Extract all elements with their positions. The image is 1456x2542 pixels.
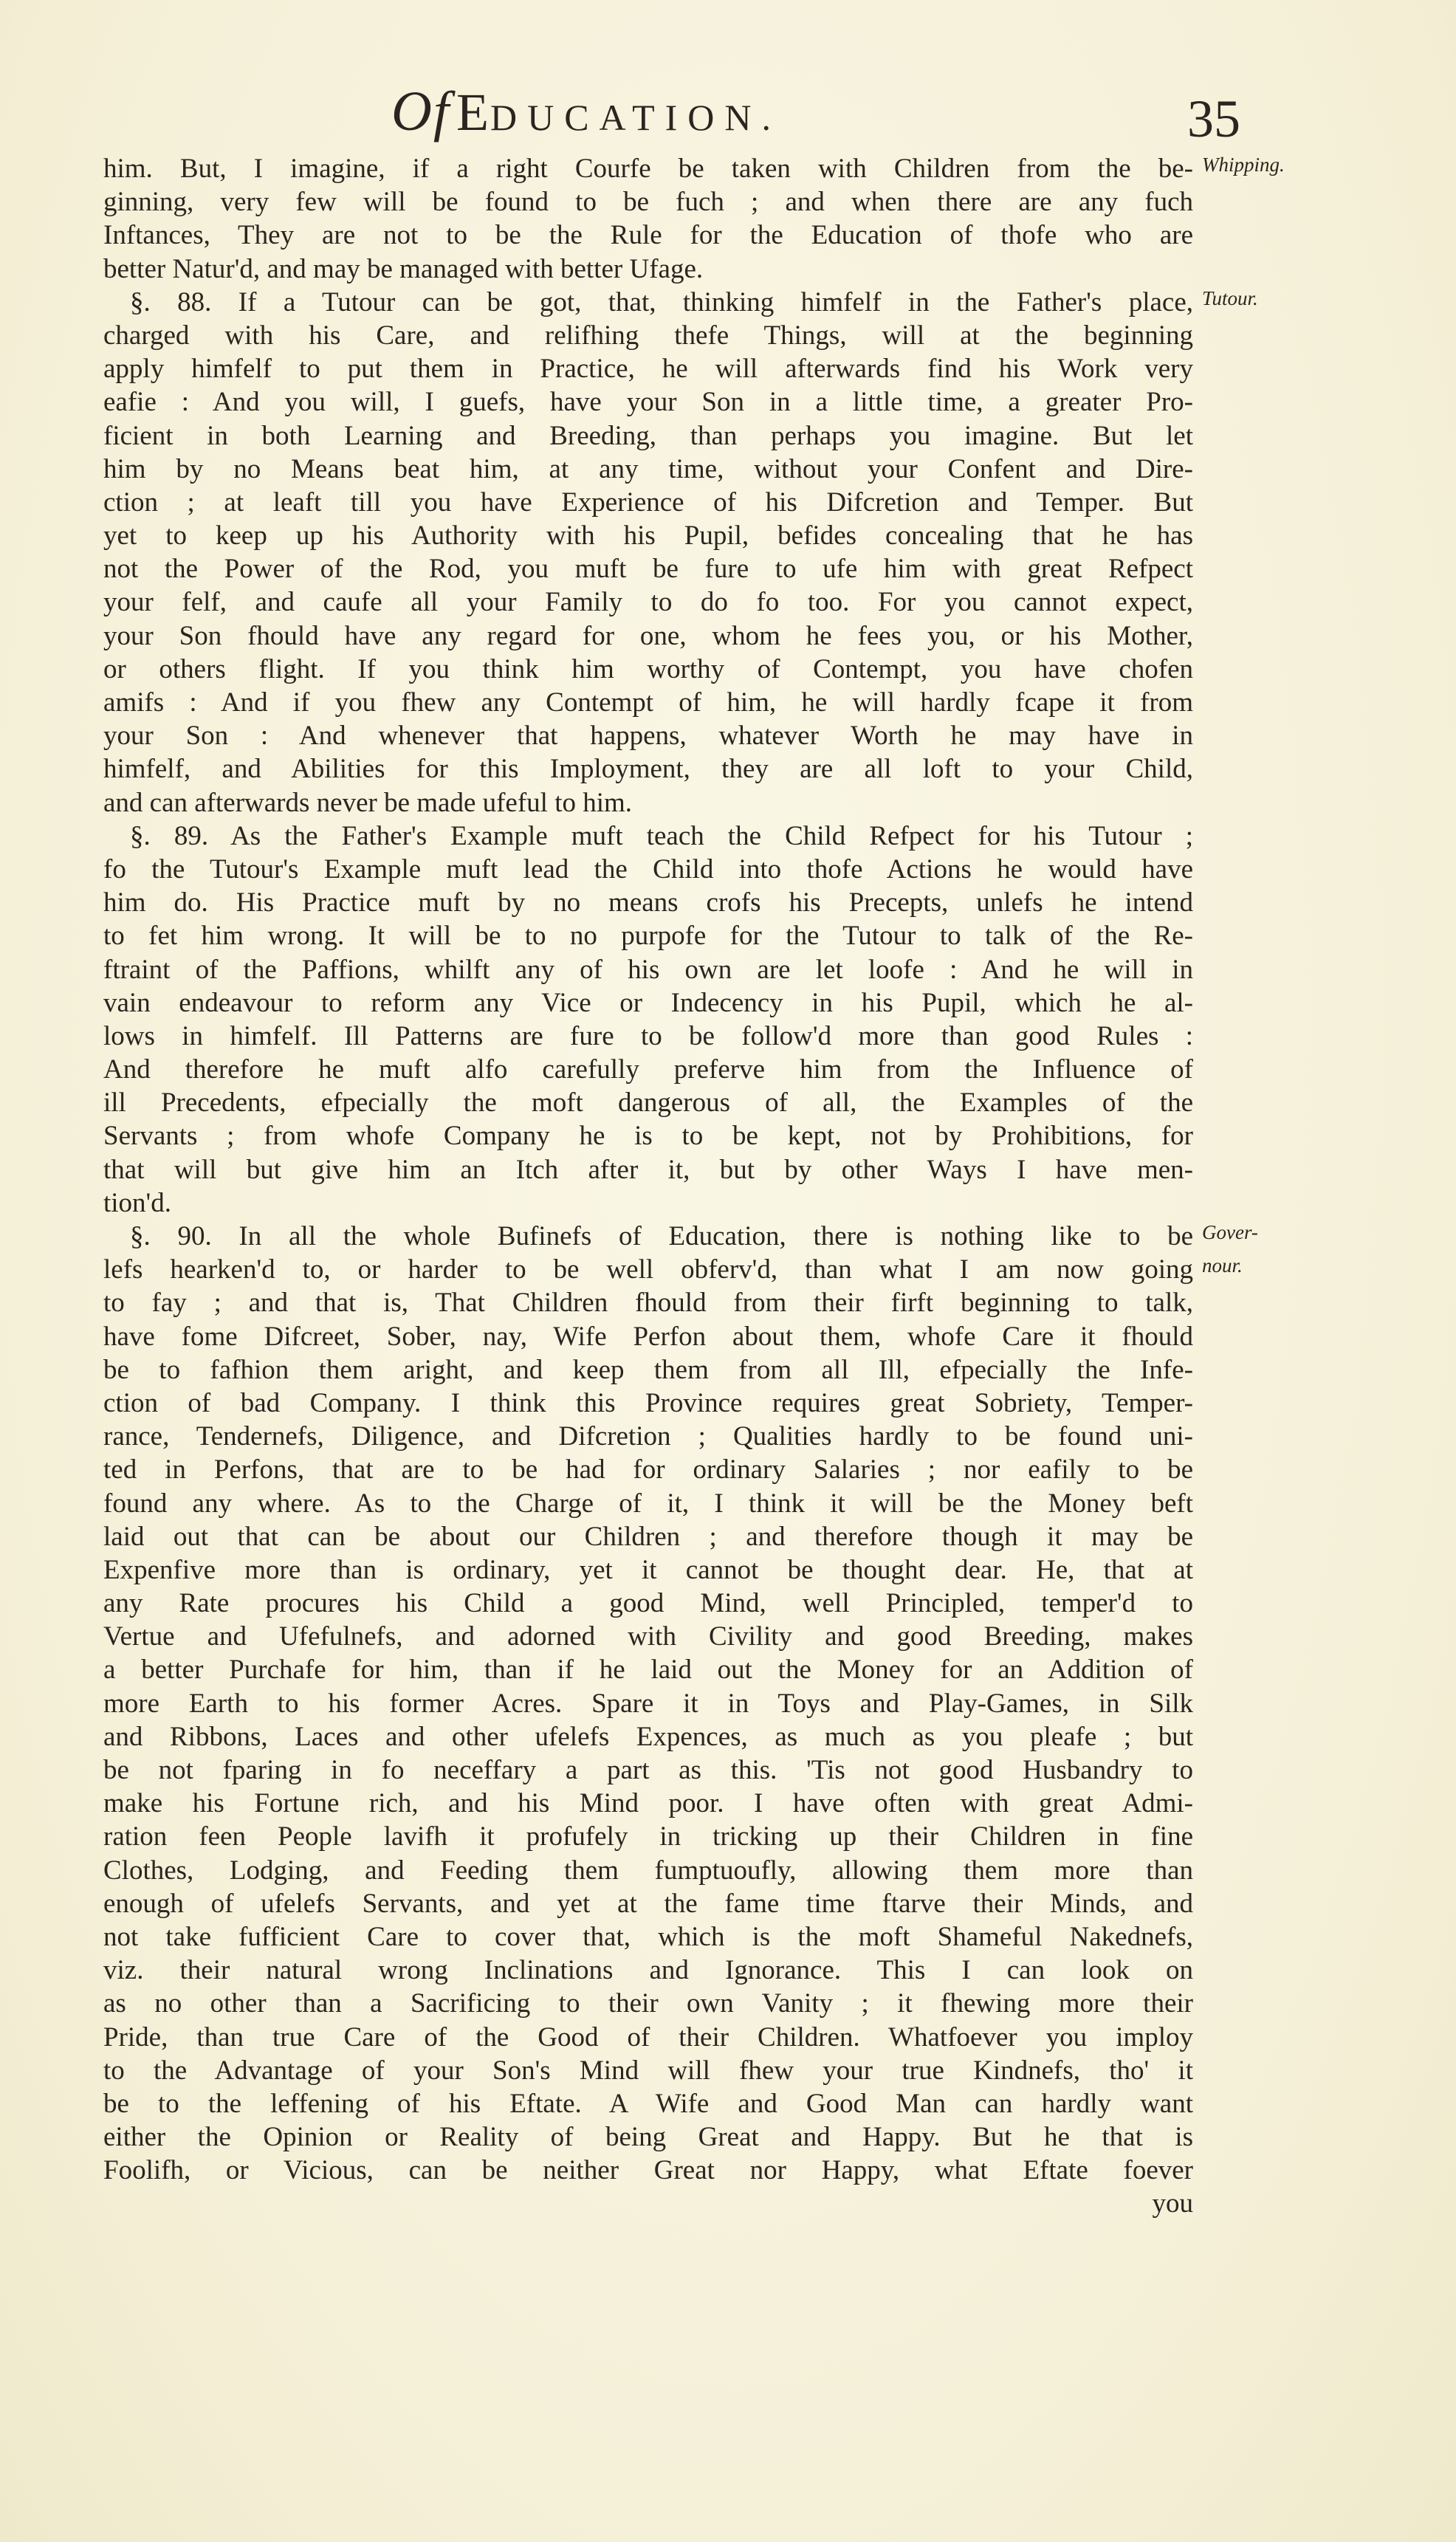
text-line: as no other than a Sacrificing to their … [103,1987,1193,2020]
text-line: be to the leffening of his Eftate. A Wif… [103,2087,1193,2120]
text-line: Servants ; from whofe Company he is to b… [103,1119,1193,1153]
text-line: Vertue and Ufefulnefs, and adorned with … [103,1620,1193,1653]
running-title: OfEDUCATION. [391,80,781,144]
text-line: either the Opinion or Reality of being G… [103,2120,1193,2154]
text-line: and can afterwards never be made ufeful … [103,786,1193,820]
text-line: to fay ; and that is, That Children fhou… [103,1286,1193,1319]
margin-note-tutour: Tutour. [1202,287,1258,310]
text-line: yet to keep up his Authority with his Pu… [103,519,1193,552]
text-line: Foolifh, or Vicious, can be neither Grea… [103,2154,1193,2187]
text-line: viz. their natural wrong Inclinations an… [103,1954,1193,1987]
text-line: be not fparing in fo neceffary a part as… [103,1753,1193,1787]
text-line: enough of ufelefs Servants, and yet at t… [103,1887,1193,1920]
text-line: fo the Tutour's Example muft lead the Ch… [103,853,1193,886]
text-line: to the Advantage of your Son's Mind will… [103,2054,1193,2087]
page-header: OfEDUCATION. 35 [103,74,1240,155]
text-line: more Earth to his former Acres. Spare it… [103,1687,1193,1720]
text-line: §. 88. If a Tutour can be got, that, thi… [103,286,1193,319]
text-line: himfelf, and Abilities for this Imployme… [103,752,1193,786]
text-line: found any where. As to the Charge of it,… [103,1487,1193,1520]
catchword: you [103,2187,1193,2220]
text-line: §. 89. As the Father's Example muft teac… [103,820,1193,853]
text-line: that will but give him an Itch after it,… [103,1153,1193,1186]
text-line: Pride, than true Care of the Good of the… [103,2021,1193,2054]
text-line: lefs hearken'd to, or harder to be well … [103,1253,1193,1286]
text-line: tion'd. [103,1186,1193,1220]
text-line: not the Power of the Rod, you muft be fu… [103,552,1193,585]
text-line: §. 90. In all the whole Bufinefs of Educ… [103,1220,1193,1253]
text-line: any Rate procures his Child a good Mind,… [103,1587,1193,1620]
text-line: laid out that can be about our Children … [103,1520,1193,1553]
text-line: lows in himfelf. Ill Patterns are fure t… [103,1020,1193,1053]
margin-note-whipping: Whipping. [1202,154,1285,176]
text-line: ginning, very few will be found to be fu… [103,185,1193,219]
text-line: Inftances, They are not to be the Rule f… [103,219,1193,252]
text-line: ration feen People lavifh it profufely i… [103,1820,1193,1853]
text-line: ction ; at leaft till you have Experienc… [103,486,1193,519]
text-line: ted in Perfons, that are to be had for o… [103,1453,1193,1486]
running-title-of: Of [391,80,450,142]
text-line: your felf, and caufe all your Family to … [103,585,1193,619]
margin-note-gover: Gover- [1202,1221,1258,1244]
text-line: charged with his Care, and relifhing the… [103,319,1193,352]
text-line: him do. His Practice muft by no means cr… [103,886,1193,919]
text-line: him by no Means beat him, at any time, w… [103,453,1193,486]
text-line: eafie : And you will, I guefs, have your… [103,385,1193,419]
text-line: and Ribbons, Laces and other ufelefs Exp… [103,1720,1193,1753]
text-line: be to fafhion them aright, and keep them… [103,1353,1193,1387]
text-line: your Son : And whenever that happens, wh… [103,719,1193,752]
text-line: vain endeavour to reform any Vice or Ind… [103,986,1193,1020]
text-line: have fome Difcreet, Sober, nay, Wife Per… [103,1320,1193,1353]
text-line: not take fufficient Care to cover that, … [103,1920,1193,1954]
running-title-rest: DUCATION. [490,97,781,138]
page-number: 35 [1187,89,1240,150]
text-line: ftraint of the Paffions, whilft any of h… [103,953,1193,986]
text-line: better Natur'd, and may be managed with … [103,253,1193,286]
body-text: him. But, I imagine, if a right Courfe b… [103,152,1193,2221]
text-line: Clothes, Lodging, and Feeding them fumpt… [103,1854,1193,1887]
text-line: ficient in both Learning and Breeding, t… [103,419,1193,453]
text-line: Expenfive more than is ordinary, yet it … [103,1553,1193,1587]
running-title-initial: E [456,83,490,142]
margin-note-nour: nour. [1202,1254,1243,1277]
text-line: ill Precedents, efpecially the moft dang… [103,1086,1193,1119]
text-line: apply himfelf to put them in Practice, h… [103,352,1193,385]
text-line: a better Purchafe for him, than if he la… [103,1653,1193,1686]
text-line: rance, Tendernefs, Diligence, and Difcre… [103,1420,1193,1453]
text-line: make his Fortune rich, and his Mind poor… [103,1787,1193,1820]
text-line: And therefore he muft alfo carefully pre… [103,1053,1193,1086]
text-line: him. But, I imagine, if a right Courfe b… [103,152,1193,185]
text-line: to fet him wrong. It will be to no purpo… [103,919,1193,952]
book-page: OfEDUCATION. 35 him. But, I imagine, if … [0,0,1456,2542]
text-line: amifs : And if you fhew any Contempt of … [103,686,1193,719]
text-line: ction of bad Company. I think this Provi… [103,1387,1193,1420]
text-line: your Son fhould have any regard for one,… [103,619,1193,653]
text-line: or others flight. If you think him worth… [103,653,1193,686]
